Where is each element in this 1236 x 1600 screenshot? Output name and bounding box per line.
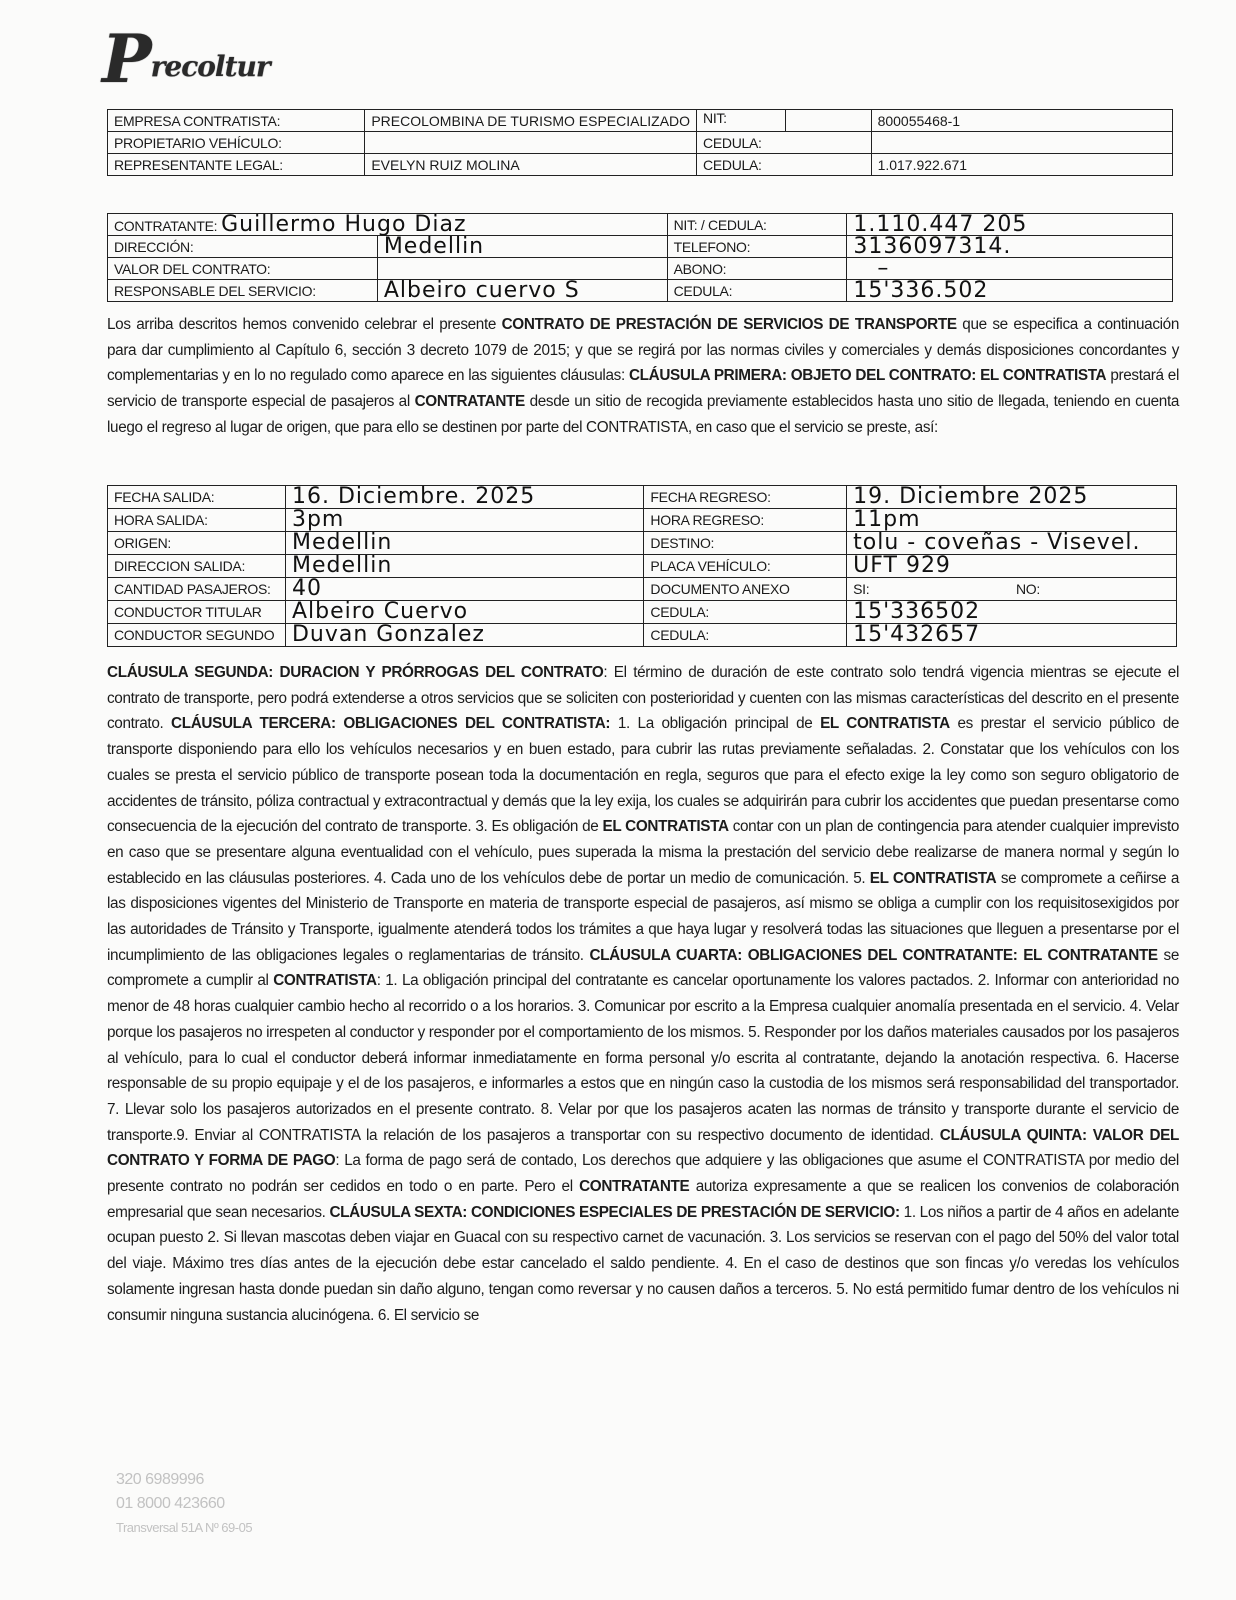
table-row: CANTIDAD PASAJEROS:40DOCUMENTO ANEXOSI:N… [108, 578, 1177, 601]
abono-value: – [847, 258, 1173, 280]
bold-text: CLÁUSULA SEGUNDA: DURACION Y PRÓRROGAS D… [107, 664, 603, 681]
field-value: tolu - coveñas - Visevel. [847, 532, 1177, 555]
field-label: CONTRATANTE: [114, 218, 217, 234]
field-label: PROPIETARIO VEHÍCULO: [108, 132, 365, 154]
field-label: HORA SALIDA: [108, 509, 286, 532]
bold-text: CLÁUSULA SEXTA: CONDICIONES ESPECIALES D… [329, 1204, 899, 1221]
field-label: ABONO: [667, 258, 847, 280]
field-label: CANTIDAD PASAJEROS: [108, 578, 286, 601]
propietario-cedula-value [871, 132, 1172, 154]
field-label: CEDULA: [644, 624, 847, 647]
nit-label: NIT: [697, 110, 786, 131]
logo-text: recoltur [151, 50, 270, 83]
table-row: FECHA SALIDA:16. Diciembre. 2025FECHA RE… [108, 486, 1177, 509]
field-label: DIRECCIÓN: [108, 236, 378, 258]
footer-address: Transversal 51A Nº 69-05 [116, 1520, 252, 1532]
company-logo: Precoltur [102, 20, 270, 98]
bold-text: CONTRATISTA [273, 972, 377, 989]
contratante-cedula-value: 1.110.447 205 [847, 214, 1173, 236]
field-value: Duvan Gonzalez [285, 624, 643, 647]
field-label: DOCUMENTO ANEXO [644, 578, 847, 601]
contratante-value: Guillermo Hugo Diaz [221, 212, 466, 237]
field-label: NIT: / CEDULA: [667, 214, 847, 236]
direccion-value: Medellin [377, 236, 667, 258]
bold-text: EL CONTRATISTA [870, 870, 997, 887]
table-row: HORA SALIDA:3pmHORA REGRESO:11pm [108, 509, 1177, 532]
field-label: DIRECCION SALIDA: [108, 555, 286, 578]
field-value: Medellin [285, 555, 643, 578]
table-row: ORIGEN:MedellinDESTINO:tolu - coveñas - … [108, 532, 1177, 555]
field-label: DESTINO: [644, 532, 847, 555]
anexo-si-label: SI: [853, 581, 869, 597]
body-text: : 1. La obligación principal del contrat… [107, 972, 1179, 1143]
field-value: 16. Diciembre. 2025 [285, 486, 643, 509]
field-value: Albeiro Cuervo [285, 601, 643, 624]
representante-value: EVELYN RUIZ MOLINA [365, 154, 697, 176]
field-label: CEDULA: [697, 132, 872, 154]
field-label: CONDUCTOR SEGUNDO [108, 624, 286, 647]
field-value: UFT 929 [847, 555, 1177, 578]
bold-text: CLÁUSULA CUARTA: OBLIGACIONES DEL CONTRA… [589, 947, 1157, 964]
field-value: 19. Diciembre 2025 [847, 486, 1177, 509]
field-value: 3pm [285, 509, 643, 532]
intro-paragraph: Los arriba descritos hemos convenido cel… [107, 312, 1179, 441]
responsable-cedula-value: 15'336.502 [847, 280, 1173, 302]
table-row: CONDUCTOR SEGUNDODuvan GonzalezCEDULA:15… [108, 624, 1177, 647]
field-value: 11pm [847, 509, 1177, 532]
field-label: CEDULA: [697, 154, 872, 176]
table-row: RESPONSABLE DEL SERVICIO: Albeiro cuervo… [108, 280, 1173, 302]
table-row: EMPRESA CONTRATISTA: PRECOLOMBINA DE TUR… [108, 110, 1173, 132]
empresa-contratista-value: PRECOLOMBINA DE TURISMO ESPECIALIZADO [365, 110, 697, 132]
table-row: CONDUCTOR TITULARAlbeiro CuervoCEDULA:15… [108, 601, 1177, 624]
bold-text: CLÁUSULA TERCERA: OBLIGACIONES DEL CONTR… [171, 715, 610, 732]
table-row: DIRECCIÓN: Medellin TELEFONO: 3136097314… [108, 236, 1173, 258]
bold-text: CLÁUSULA PRIMERA: OBJETO DEL CONTRATO: E… [629, 367, 1106, 384]
company-info-table: EMPRESA CONTRATISTA: PRECOLOMBINA DE TUR… [107, 109, 1173, 176]
bold-text: CONTRATANTE [415, 393, 525, 410]
logo-initial: P [102, 20, 151, 98]
trip-details-table: FECHA SALIDA:16. Diciembre. 2025FECHA RE… [107, 485, 1177, 647]
client-info-table: CONTRATANTE: Guillermo Hugo Diaz NIT: / … [107, 213, 1173, 302]
field-label: ORIGEN: [108, 532, 286, 555]
field-label: TELEFONO: [667, 236, 847, 258]
bold-text: CONTRATANTE [579, 1178, 689, 1195]
table-row: VALOR DEL CONTRATO: ABONO: – [108, 258, 1173, 280]
representante-cedula-value: 1.017.922.671 [871, 154, 1172, 176]
field-value: 40 [285, 578, 643, 601]
field-value: 15'432657 [847, 624, 1177, 647]
bold-text: CONTRATO DE PRESTACIÓN DE SERVICIOS DE T… [502, 316, 957, 333]
table-row: CONTRATANTE: Guillermo Hugo Diaz NIT: / … [108, 214, 1173, 236]
body-text: 1. La obligación principal de [610, 715, 820, 732]
nit-value: 800055468-1 [871, 110, 1172, 132]
responsable-value: Albeiro cuervo S [377, 280, 667, 302]
field-label: CEDULA: [667, 280, 847, 302]
valor-contrato-value [377, 258, 667, 280]
table-row: DIRECCION SALIDA:MedellinPLACA VEHÍCULO:… [108, 555, 1177, 578]
field-label: FECHA REGRESO: [644, 486, 847, 509]
field-label: FECHA SALIDA: [108, 486, 286, 509]
body-text: Los arriba descritos hemos convenido cel… [107, 316, 502, 333]
footer-phone-2: 01 8000 423660 [116, 1495, 225, 1513]
propietario-value [365, 132, 697, 154]
body-text: 1. Los niños a partir de 4 años en adela… [107, 1204, 1179, 1324]
anexo-no-label: NO: [1016, 581, 1040, 597]
field-label: NIT: [697, 110, 872, 132]
telefono-value: 3136097314. [847, 236, 1173, 258]
bold-text: EL CONTRATISTA [603, 818, 729, 835]
field-label: VALOR DEL CONTRATO: [108, 258, 378, 280]
field-label: PLACA VEHÍCULO: [644, 555, 847, 578]
table-row: PROPIETARIO VEHÍCULO: CEDULA: [108, 132, 1173, 154]
bold-text: EL CONTRATISTA [820, 715, 950, 732]
field-label: CONDUCTOR TITULAR [108, 601, 286, 624]
contratante-cell: CONTRATANTE: Guillermo Hugo Diaz [108, 214, 668, 236]
field-label: HORA REGRESO: [644, 509, 847, 532]
field-label: EMPRESA CONTRATISTA: [108, 110, 365, 132]
field-value: 15'336502 [847, 601, 1177, 624]
field-label: REPRESENTANTE LEGAL: [108, 154, 365, 176]
field-value: Medellin [285, 532, 643, 555]
field-label: RESPONSABLE DEL SERVICIO: [108, 280, 378, 302]
documento-anexo-options: SI:NO: [847, 578, 1177, 601]
footer-phone-1: 320 6989996 [116, 1471, 204, 1489]
field-label: CEDULA: [644, 601, 847, 624]
clauses-paragraph: CLÁUSULA SEGUNDA: DURACION Y PRÓRROGAS D… [107, 660, 1179, 1328]
table-row: REPRESENTANTE LEGAL: EVELYN RUIZ MOLINA … [108, 154, 1173, 176]
